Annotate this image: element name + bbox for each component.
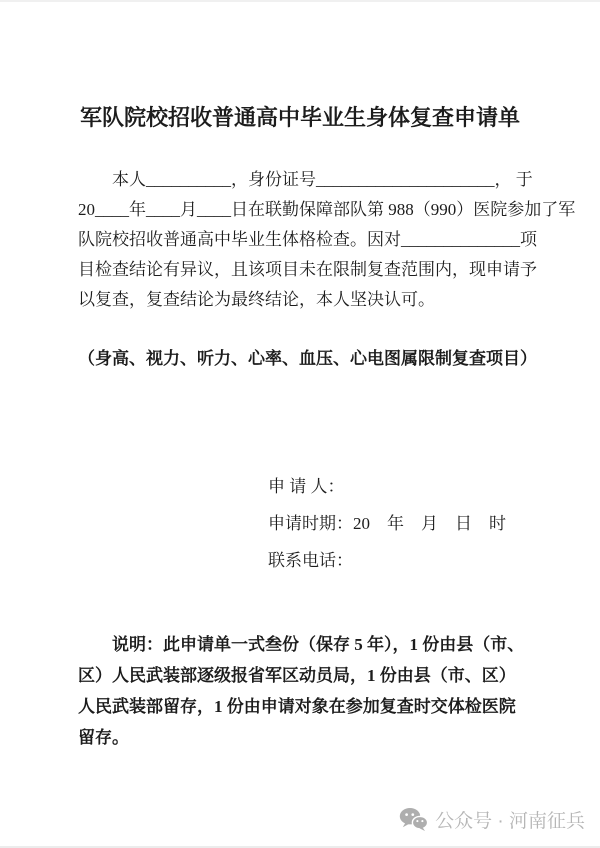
document-page: 军队院校招收普通高中毕业生身体复查申请单 本人__________，身份证号__… <box>0 0 600 848</box>
instructions-line: 人民武装部留存，1 份由申请对象在参加复查时交体检医院 <box>78 691 522 722</box>
main-paragraph: 本人__________，身份证号_____________________， … <box>78 165 522 315</box>
restricted-items-note: （身高、视力、听力、心率、血压、心电图属限制复查项目） <box>78 344 538 369</box>
paragraph-line: 以复查，复查结论为最终结论，本人坚决认可。 <box>78 285 522 315</box>
application-date-label: 申请时期：20 年 月 日 时 <box>268 505 506 542</box>
applicant-label: 申 请 人： <box>268 468 506 505</box>
instructions-line: 说明：此申请单一式叁份（保存 5 年），1 份由县（市、 <box>78 629 522 660</box>
page-top-edge <box>0 0 600 2</box>
document-title: 军队院校招收普通高中毕业生身体复查申请单 <box>0 101 600 132</box>
paragraph-line: 20____年____月____日在联勤保障部队第 988（990）医院参加了军 <box>78 195 522 225</box>
wechat-icon <box>399 807 428 832</box>
watermark: 公众号 · 河南征兵 <box>399 806 585 833</box>
paragraph-line: 本人__________，身份证号_____________________， … <box>78 165 522 195</box>
instructions-paragraph: 说明：此申请单一式叁份（保存 5 年），1 份由县（市、 区）人民武装部逐级报省… <box>78 629 522 753</box>
instructions-line: 留存。 <box>78 722 522 753</box>
watermark-text: 公众号 · 河南征兵 <box>435 806 585 833</box>
paragraph-line: 目检查结论有异议，且该项目未在限制复查范围内，现申请予 <box>78 255 522 285</box>
instructions-line: 区）人民武装部逐级报省军区动员局，1 份由县（市、区） <box>78 660 522 691</box>
paragraph-line: 队院校招收普通高中毕业生体格检查。因对______________项 <box>78 225 522 255</box>
signature-block: 申 请 人： 申请时期：20 年 月 日 时 联系电话： <box>268 468 506 579</box>
contact-phone-label: 联系电话： <box>268 542 506 579</box>
